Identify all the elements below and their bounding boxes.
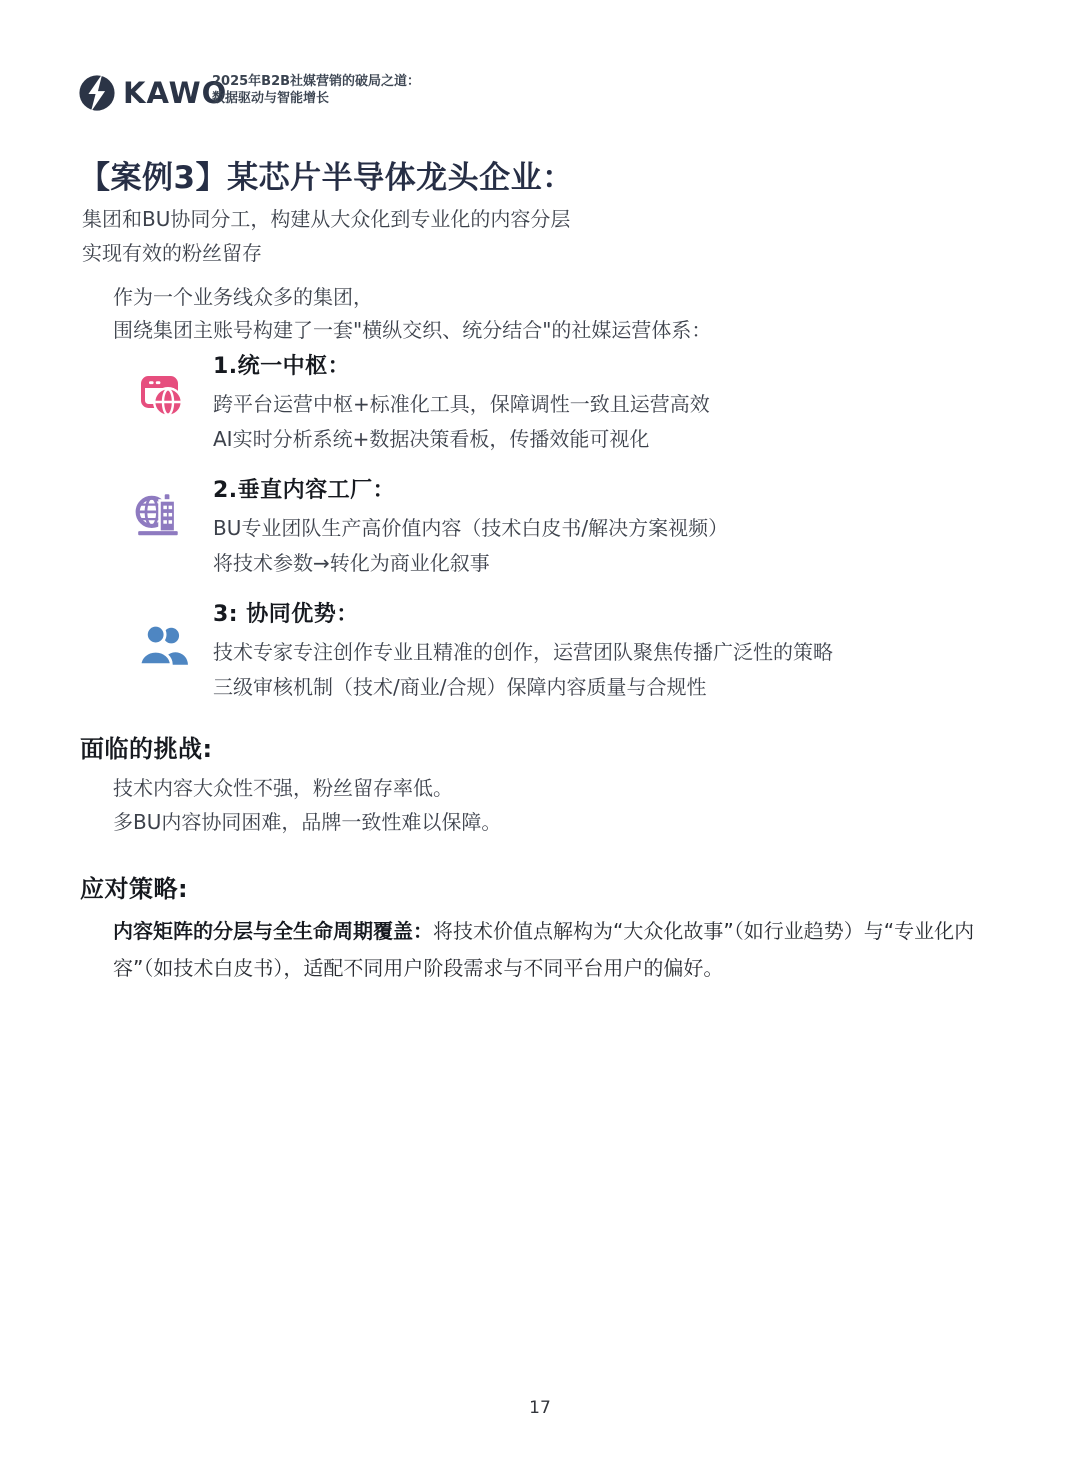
page-title: 【案例3】某芯片半导体龙头企业： <box>79 152 574 197</box>
section-3-line1: 技术专家专注创作专业且精准的创作，运营团队聚焦传播广泛性的策略 <box>213 635 973 670</box>
section-collaboration-advantage: 3: 协同优势： 技术专家专注创作专业且精准的创作，运营团队聚焦传播广泛性的策略… <box>213 597 973 705</box>
subtitle-line2: 实现有效的粉丝留存 <box>82 236 570 270</box>
kawo-logo: KAWO <box>78 74 227 112</box>
challenge-line2: 多BU内容协同困难，品牌一致性难以保障。 <box>113 805 501 839</box>
strategy-paragraph: 内容矩阵的分层与全生命周期覆盖：将技术价值点解构为“大众化故事”（如行业趋势）与… <box>113 913 997 987</box>
kawo-logo-icon <box>78 74 116 112</box>
section-1-line1: 跨平台运营中枢+标准化工具，保障调性一致且运营高效 <box>213 387 973 422</box>
users-icon <box>138 624 190 668</box>
section-1-line2: AI实时分析系统+数据决策看板，传播效能可视化 <box>213 422 973 457</box>
doc-title-line1: 2025年B2B社媒营销的破局之道： <box>212 73 420 90</box>
challenges-body: 技术内容大众性不强，粉丝留存率低。 多BU内容协同困难，品牌一致性难以保障。 <box>113 771 501 839</box>
intro-line1: 作为一个业务线众多的集团， <box>113 281 711 314</box>
doc-title-line2: 数据驱动与智能增长 <box>212 90 420 107</box>
subtitle-line1: 集团和BU协同分工，构建从大众化到专业化的内容分层 <box>82 202 570 236</box>
doc-title: 2025年B2B社媒营销的破局之道： 数据驱动与智能增长 <box>212 73 420 107</box>
section-2-line2: 将技术参数→转化为商业化叙事 <box>213 546 973 581</box>
section-1-title: 1.统一中枢： <box>213 349 973 380</box>
strategy-lead: 内容矩阵的分层与全生命周期覆盖： <box>113 919 433 943</box>
section-vertical-content-factory: 2.垂直内容工厂： BU专业团队生产高价值内容（技术白皮书/解决方案视频） 将技… <box>213 473 973 581</box>
report-page: KAWO 2025年B2B社媒营销的破局之道： 数据驱动与智能增长 【案例3】某… <box>0 0 1080 1475</box>
section-3-title: 3: 协同优势： <box>213 597 973 628</box>
section-unified-hub: 1.统一中枢： 跨平台运营中枢+标准化工具，保障调性一致且运营高效 AI实时分析… <box>213 349 973 457</box>
section-3-line2: 三级审核机制（技术/商业/合规）保障内容质量与合规性 <box>213 670 973 705</box>
page-number: 17 <box>0 1398 1080 1418</box>
globe-building-icon <box>131 489 187 541</box>
intro-line2: 围绕集团主账号构建了一套"横纵交织、统分结合"的社媒运营体系： <box>113 314 711 347</box>
strategy-heading: 应对策略: <box>80 869 188 904</box>
challenges-heading: 面临的挑战: <box>80 729 213 764</box>
page-subtitle: 集团和BU协同分工，构建从大众化到专业化的内容分层 实现有效的粉丝留存 <box>82 202 570 270</box>
browser-globe-icon <box>137 373 187 419</box>
section-2-line1: BU专业团队生产高价值内容（技术白皮书/解决方案视频） <box>213 511 973 546</box>
section-2-title: 2.垂直内容工厂： <box>213 473 973 504</box>
intro-paragraph: 作为一个业务线众多的集团， 围绕集团主账号构建了一套"横纵交织、统分结合"的社媒… <box>113 281 711 347</box>
challenge-line1: 技术内容大众性不强，粉丝留存率低。 <box>113 771 501 805</box>
